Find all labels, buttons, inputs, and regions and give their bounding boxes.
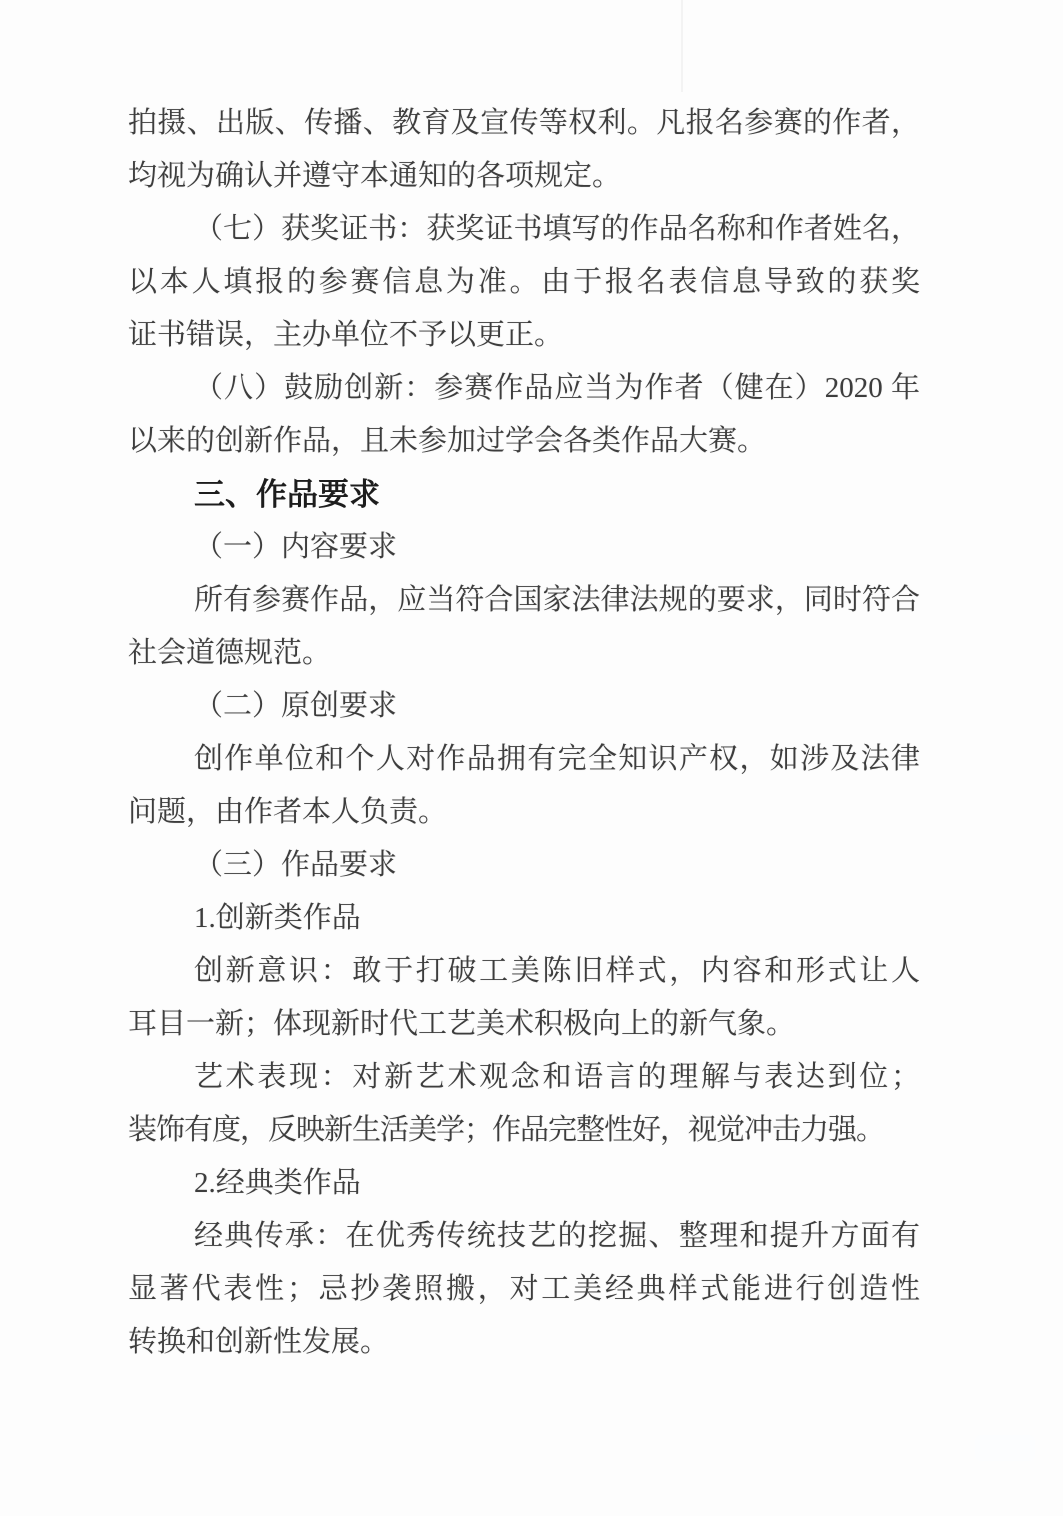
text-line: （七）获奖证书：获奖证书填写的作品名称和作者姓名， bbox=[128, 203, 920, 256]
section-heading: 三、作品要求 bbox=[128, 468, 920, 521]
text-line: 经典传承：在优秀传统技艺的挖掘、整理和提升方面有 bbox=[128, 1210, 920, 1263]
text-line: 所有参赛作品，应当符合国家法律法规的要求，同时符合 bbox=[128, 574, 920, 627]
text-line: 拍摄、出版、传播、教育及宣传等权利。凡报名参赛的作者， bbox=[128, 97, 920, 150]
text-line: 艺术表现：对新艺术观念和语言的理解与表达到位； bbox=[128, 1051, 920, 1104]
scan-smudge-artifact bbox=[975, 1435, 1035, 1461]
scan-crease-artifact bbox=[681, 0, 683, 92]
subsection-heading: （二）原创要求 bbox=[128, 680, 920, 733]
text-line: 创新意识：敢于打破工美陈旧样式，内容和形式让人 bbox=[128, 945, 920, 998]
text-line: 以本人填报的参赛信息为准。由于报名表信息导致的获奖 bbox=[128, 256, 920, 309]
text-line: 转换和创新性发展。 bbox=[128, 1316, 920, 1369]
subsection-heading: （三）作品要求 bbox=[128, 839, 920, 892]
document-page: 拍摄、出版、传播、教育及宣传等权利。凡报名参赛的作者， 均视为确认并遵守本通知的… bbox=[0, 0, 1063, 1516]
list-item-heading: 2.经典类作品 bbox=[128, 1157, 920, 1210]
text-line: 社会道德规范。 bbox=[128, 627, 920, 680]
text-line: 创作单位和个人对作品拥有完全知识产权，如涉及法律 bbox=[128, 733, 920, 786]
text-line: 耳目一新；体现新时代工艺美术积极向上的新气象。 bbox=[128, 998, 920, 1051]
subsection-heading: （一）内容要求 bbox=[128, 521, 920, 574]
text-line: 显著代表性；忌抄袭照搬，对工美经典样式能进行创造性 bbox=[128, 1263, 920, 1316]
text-line: 问题，由作者本人负责。 bbox=[128, 786, 920, 839]
document-text-block: 拍摄、出版、传播、教育及宣传等权利。凡报名参赛的作者， 均视为确认并遵守本通知的… bbox=[128, 97, 920, 1369]
list-item-heading: 1.创新类作品 bbox=[128, 892, 920, 945]
text-line: 装饰有度，反映新生活美学；作品完整性好，视觉冲击力强。 bbox=[128, 1104, 920, 1157]
text-line: 证书错误，主办单位不予以更正。 bbox=[128, 309, 920, 362]
text-line: （八）鼓励创新：参赛作品应当为作者（健在）2020 年 bbox=[128, 362, 920, 415]
text-line: 以来的创新作品，且未参加过学会各类作品大赛。 bbox=[128, 415, 920, 468]
text-line: 均视为确认并遵守本通知的各项规定。 bbox=[128, 150, 920, 203]
